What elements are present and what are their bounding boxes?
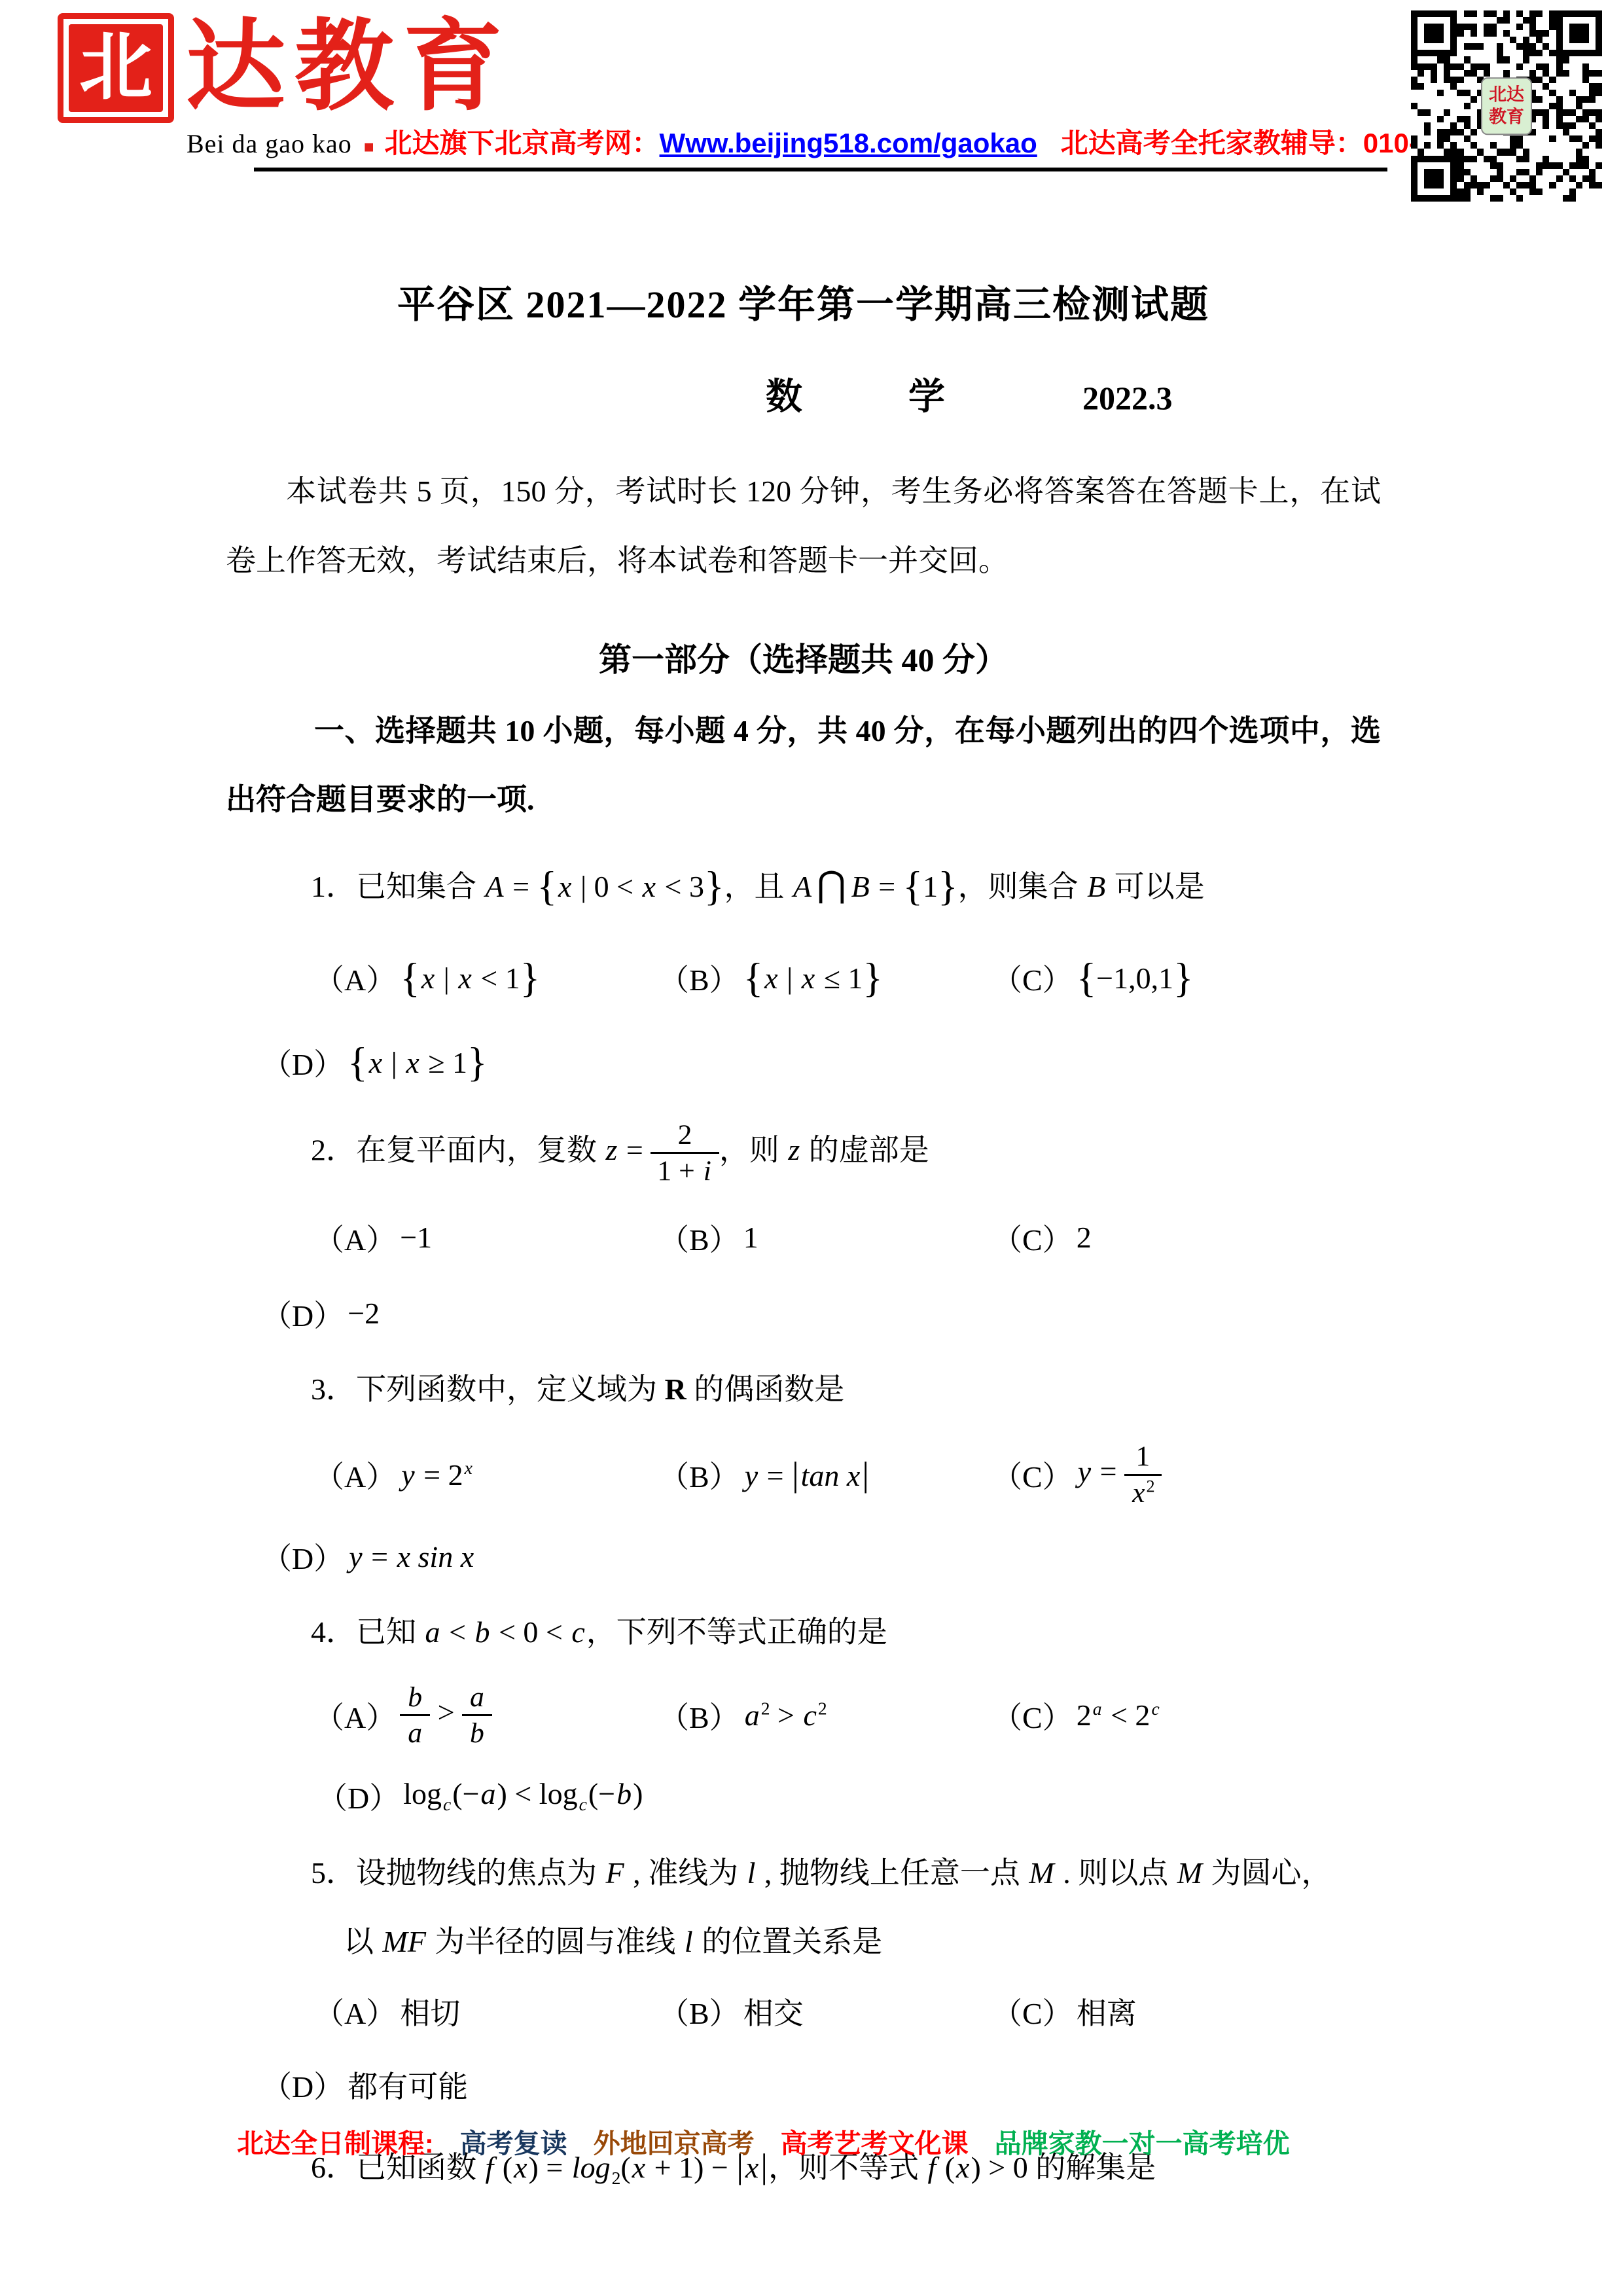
question-3-options: （A） y = 2x （B） y = |tan x| （C） y = 1x2 <box>226 1439 1381 1510</box>
gaokao-site-link[interactable]: Www.beijing518.com/gaokao <box>660 128 1037 159</box>
option-b-formula: y = |tan x| <box>743 1455 870 1494</box>
option-c-formula: {−1,0,1} <box>1077 954 1194 1002</box>
qr-label-line1: 北达 <box>1489 84 1524 106</box>
bullet-square-icon: ■ <box>364 137 374 157</box>
footer-segment-yikao: 高考艺考文化课 <box>781 2122 969 2161</box>
option-d: （D） −2 <box>226 1292 1381 1335</box>
option-d-formula: y = x sin x <box>348 1539 475 1574</box>
option-a-formula: ba > ab <box>400 1680 492 1751</box>
question-1-options: （A） {x | x < 1} （B） {x | x ≤ 1} （C） {−1,… <box>226 954 1381 1002</box>
option-d-formula: logc(−a) < logc(−b) <box>403 1776 643 1815</box>
footer-segment-fudu: 高考复读 <box>460 2122 567 2161</box>
header-divider <box>254 168 1387 171</box>
option-c: （C） 2 <box>992 1216 1092 1259</box>
option-b-label: （B） <box>659 1216 740 1259</box>
option-c-formula: 相离 <box>1077 1990 1137 2033</box>
option-c-formula: y = 1x2 <box>1077 1439 1162 1510</box>
option-a-formula: −1 <box>400 1220 432 1255</box>
subject-line: 数 学 2022.3 <box>226 368 1381 420</box>
subject-char-2: 学 <box>908 368 945 420</box>
option-a: （A） −1 <box>314 1216 659 1259</box>
option-a-formula: {x | x < 1} <box>400 954 540 1002</box>
option-a-formula: 相切 <box>400 1990 460 2033</box>
exam-page: 北 达教育 Bei da gao kao ■ 北达旗下北京高考网： Www.be… <box>0 0 1623 2296</box>
option-d-formula: {x | x ≥ 1} <box>348 1038 487 1086</box>
question-4: 4．已知 a < b < 0 < c，下列不等式正确的是 （A） ba > ab… <box>226 1608 1381 1817</box>
option-b-formula: {x | x ≤ 1} <box>743 954 883 1002</box>
option-d-formula: −2 <box>348 1296 380 1331</box>
question-3: 3．下列函数中，定义域为 R 的偶函数是 （A） y = 2x （B） y = … <box>226 1365 1381 1578</box>
option-b: （B） 相交 <box>659 1990 992 2033</box>
option-b-label: （B） <box>659 1453 740 1496</box>
logo-latin-text: Bei da gao kao <box>187 128 352 159</box>
part1-heading: 第一部分（选择题共 40 分） <box>226 634 1381 681</box>
question-5: 5．设抛物线的焦点为 F , 准线为 l , 抛物线上任意一点 M . 则以点 … <box>226 1849 1381 2106</box>
subject-char-1: 数 <box>766 368 802 420</box>
logo-seal: 北 <box>58 13 174 123</box>
option-b: （B） {x | x ≤ 1} <box>659 954 992 1002</box>
option-b-formula: 相交 <box>743 1990 804 2033</box>
question-4-stem: 4．已知 a < b < 0 < c，下列不等式正确的是 <box>226 1608 1381 1657</box>
option-b-label: （B） <box>659 956 740 999</box>
beida-logo: 北 达教育 <box>58 13 512 123</box>
exam-content: 平谷区 2021—2022 学年第一学期高三检测试题 数 学 2022.3 本试… <box>226 274 1381 2194</box>
question-5-stem-line1: 5．设抛物线的焦点为 F , 准线为 l , 抛物线上任意一点 M . 则以点 … <box>226 1849 1381 1897</box>
option-d-label: （D） <box>262 1535 344 1578</box>
option-c-formula: 2a < 2c <box>1077 1698 1161 1732</box>
option-c: （C） 2a < 2c <box>992 1694 1161 1737</box>
option-d-formula: 都有可能 <box>348 2063 468 2106</box>
footer-segment-huijing: 外地回京高考 <box>594 2122 755 2161</box>
exam-date: 2022.3 <box>1082 379 1173 417</box>
option-c-label: （C） <box>992 1694 1073 1737</box>
exam-title: 平谷区 2021—2022 学年第一学期高三检测试题 <box>226 274 1381 329</box>
section1-instruction: 一、选择题共 10 小题，每小题 4 分，共 40 分，在每小题列出的四个选项中… <box>226 696 1381 835</box>
option-b-formula: a2 > c2 <box>743 1698 827 1732</box>
option-a: （A） {x | x < 1} <box>314 954 659 1002</box>
option-a-label: （A） <box>314 1990 396 2033</box>
exam-instructions-paragraph: 本试卷共 5 页，150 分，考试时长 120 分钟，考生务必将答案答在答题卡上… <box>226 457 1381 596</box>
option-a-label: （A） <box>314 1453 396 1496</box>
option-a-label: （A） <box>314 1694 396 1737</box>
option-c-formula: 2 <box>1077 1220 1092 1255</box>
question-2: 2．在复平面内，复数 z = 21 + i，则 z 的虚部是 （A） −1 （B… <box>226 1118 1381 1335</box>
option-c-label: （C） <box>992 1990 1073 2033</box>
qr-center-label: 北达 教育 <box>1481 77 1532 135</box>
option-d-label: （D） <box>262 2063 344 2106</box>
option-a-label: （A） <box>314 956 396 999</box>
option-d: （D） {x | x ≥ 1} <box>226 1038 1381 1086</box>
option-c-label: （C） <box>992 1216 1073 1259</box>
option-b-formula: 1 <box>743 1220 758 1255</box>
option-c-label: （C） <box>992 1453 1073 1496</box>
header-tagline: Bei da gao kao ■ 北达旗下北京高考网： Www.beijing5… <box>187 122 1541 161</box>
option-d: （D） logc(−a) < logc(−b) <box>226 1774 1381 1818</box>
option-d: （D） y = x sin x <box>226 1535 1381 1578</box>
option-c: （C） {−1,0,1} <box>992 954 1194 1002</box>
option-a: （A） y = 2x <box>314 1453 659 1496</box>
qr-code: 北达 教育 <box>1411 10 1602 202</box>
question-4-options: （A） ba > ab （B） a2 > c2 （C） 2a < 2c <box>226 1680 1381 1751</box>
option-a: （A） ba > ab <box>314 1680 659 1751</box>
option-b: （B） 1 <box>659 1216 992 1259</box>
tutor-label: 北达高考全托家教辅导： <box>1061 122 1363 161</box>
option-b: （B） y = |tan x| <box>659 1453 992 1496</box>
question-1: 1．已知集合 A = {x | 0 < x < 3}，且 A⋂B = {1}，则… <box>226 853 1381 1086</box>
question-3-stem: 3．下列函数中，定义域为 R 的偶函数是 <box>226 1365 1381 1414</box>
option-b-label: （B） <box>659 1990 740 2033</box>
question-2-stem: 2．在复平面内，复数 z = 21 + i，则 z 的虚部是 <box>226 1118 1381 1189</box>
footer-segment-jiajiao: 品牌家教一对一高考培优 <box>995 2122 1290 2161</box>
option-c-label: （C） <box>992 956 1073 999</box>
site-label: 北达旗下北京高考网： <box>385 122 660 161</box>
option-a: （A） 相切 <box>314 1990 659 2033</box>
option-a-label: （A） <box>314 1216 396 1259</box>
option-c: （C） 相离 <box>992 1990 1137 2033</box>
footer-course-banner: 北达全日制课程: 高考复读 外地回京高考 高考艺考文化课 品牌家教一对一高考培优 <box>237 2122 1290 2161</box>
option-d-label: （D） <box>262 1041 344 1084</box>
option-a-formula: y = 2x <box>400 1458 474 1492</box>
option-c: （C） y = 1x2 <box>992 1439 1162 1510</box>
logo-brand-text: 达教育 <box>186 16 512 120</box>
question-2-options: （A） −1 （B） 1 （C） 2 <box>226 1216 1381 1259</box>
question-5-options: （A） 相切 （B） 相交 （C） 相离 <box>226 1990 1381 2033</box>
qr-label-line2: 教育 <box>1489 106 1524 128</box>
question-5-stem-line2: 以 MF 为半径的圆与准线 l 的位置关系是 <box>226 1918 1381 1966</box>
option-d-label: （D） <box>262 1292 344 1335</box>
option-b-label: （B） <box>659 1694 740 1737</box>
footer-segment-label: 北达全日制课程: <box>237 2122 434 2161</box>
question-1-stem: 1．已知集合 A = {x | 0 < x < 3}，且 A⋂B = {1}，则… <box>226 853 1381 920</box>
option-b: （B） a2 > c2 <box>659 1694 992 1737</box>
option-d: （D） 都有可能 <box>226 2063 1381 2106</box>
logo-seal-character: 北 <box>69 24 163 112</box>
option-d-label: （D） <box>317 1774 399 1818</box>
